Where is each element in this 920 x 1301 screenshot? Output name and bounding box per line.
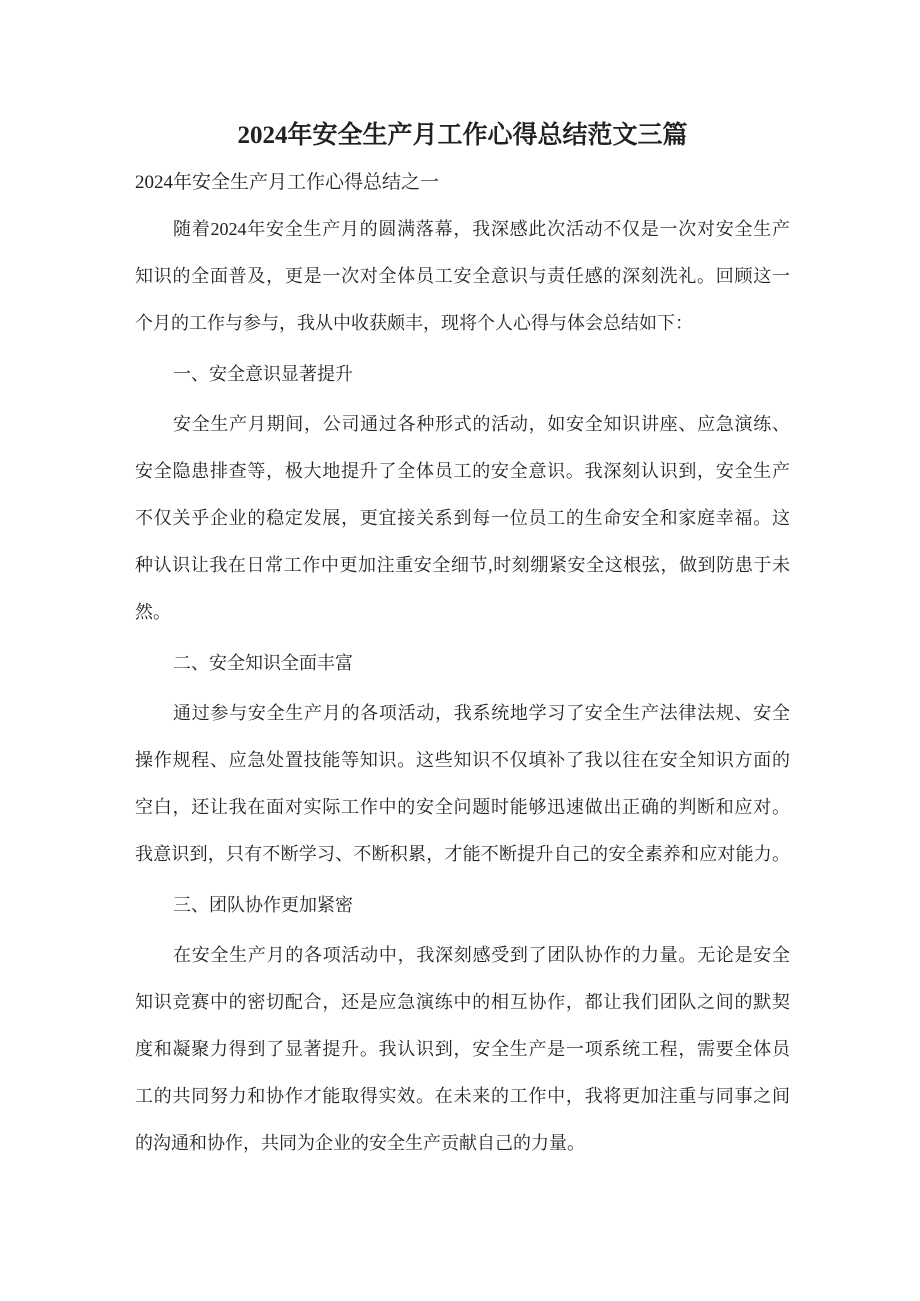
document-subtitle: 2024年安全生产月工作心得总结之一 [135,159,790,206]
body-line: 安全隐患排查等，极大地提升了全体员工的安全意识。我深刻认识到，安全生产 [135,448,790,495]
body-line: 然。 [135,589,790,636]
body-line: 操作规程、应急处置技能等知识。这些知识不仅填补了我以往在安全知识方面的 [135,737,790,784]
body-line: 知识竞赛中的密切配合，还是应急演练中的相互协作，都让我们团队之间的默契 [135,979,790,1026]
section-heading: 二、安全知识全面丰富 [135,636,790,690]
body-line: 空白，还让我在面对实际工作中的安全问题时能够迅速做出正确的判断和应对。 [135,784,790,831]
body-line: 通过参与安全生产月的各项活动，我系统地学习了安全生产法律法规、安全 [135,690,790,737]
body-line: 安全生产月期间，公司通过各种形式的活动，如安全知识讲座、应急演练、 [135,401,790,448]
document-body: 随着2024年安全生产月的圆满落幕，我深感此次活动不仅是一次对安全生产知识的全面… [135,206,790,1167]
body-line: 不仅关乎企业的稳定发展，更宜接关系到每一位员工的生命安全和家庭幸福。这 [135,495,790,542]
document-title: 2024年安全生产月工作心得总结范文三篇 [135,112,790,159]
body-line: 种认识让我在日常工作中更加注重安全细节,时刻绷紧安全这根弦，做到防患于未 [135,542,790,589]
section-heading: 一、安全意识显著提升 [135,347,790,401]
body-line: 度和凝聚力得到了显著提升。我认识到，安全生产是一项系统工程，需要全体员 [135,1026,790,1073]
body-line: 个月的工作与参与，我从中收获颇丰，现将个人心得与体会总结如下： [135,300,790,347]
body-line: 知识的全面普及，更是一次对全体员工安全意识与责任感的深刻洗礼。回顾这一 [135,253,790,300]
body-line: 在安全生产月的各项活动中，我深刻感受到了团队协作的力量。无论是安全 [135,932,790,979]
document-page: 2024年安全生产月工作心得总结范文三篇 2024年安全生产月工作心得总结之一 … [0,0,920,1301]
body-line: 我意识到，只有不断学习、不断积累，才能不断提升自己的安全素养和应对能力。 [135,831,790,878]
body-line: 工的共同努力和协作才能取得实效。在未来的工作中，我将更加注重与同事之间 [135,1073,790,1120]
body-line: 随着2024年安全生产月的圆满落幕，我深感此次活动不仅是一次对安全生产 [135,206,790,253]
section-heading: 三、团队协作更加紧密 [135,878,790,932]
body-line: 的沟通和协作，共同为企业的安全生产贡献自己的力量。 [135,1120,790,1167]
